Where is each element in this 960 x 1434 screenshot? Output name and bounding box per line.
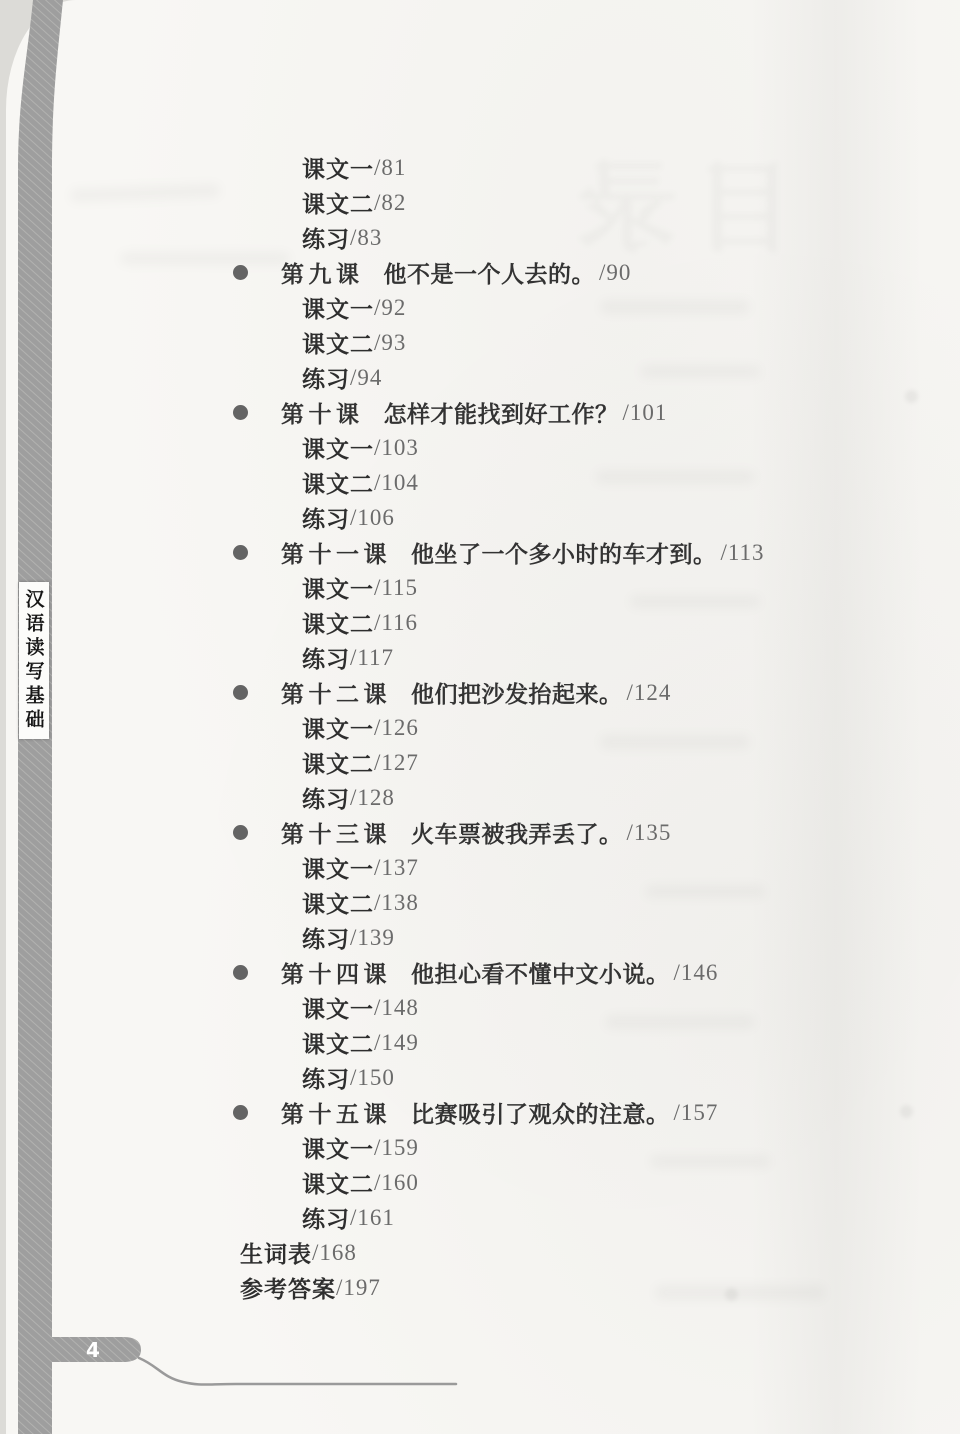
page-ref: /103 — [374, 435, 419, 461]
toc-lesson-row: 第十四课他担心看不懂中文小说。/146 — [0, 955, 960, 990]
entry-label: 练习 — [302, 221, 350, 254]
page-ref: /148 — [374, 995, 419, 1021]
entry-label: 课文二 — [302, 746, 374, 779]
entry-label: 课文二 — [302, 1026, 374, 1059]
entry-label: 课文一 — [302, 711, 374, 744]
page-ref: /161 — [350, 1205, 395, 1231]
bullet-icon — [233, 545, 248, 560]
entry-label: 课文一 — [302, 151, 374, 184]
toc-entry-row: 课文一/126 — [0, 710, 960, 745]
toc-lesson-row: 第十二课他们把沙发抬起来。/124 — [0, 675, 960, 710]
toc-list: 课文一/81课文二/82练习/83第九课他不是一个人去的。/90课文一/92课文… — [0, 150, 960, 1305]
entry-label: 练习 — [302, 921, 350, 954]
toc-entry-row: 课文一/103 — [0, 430, 960, 465]
entry-label: 生词表 — [240, 1236, 312, 1269]
entry-label: 练习 — [302, 501, 350, 534]
page-ref: /92 — [374, 295, 406, 321]
page-ref: /126 — [374, 715, 419, 741]
lesson-number: 第十五课 — [281, 1096, 391, 1129]
bullet-icon — [233, 1105, 248, 1120]
entry-label: 课文一 — [302, 851, 374, 884]
page-ref: /135 — [627, 820, 672, 846]
page-ref: /101 — [623, 400, 668, 426]
lesson-title: 火车票被我弄丢了。 — [411, 816, 623, 849]
lesson-title: 他们把沙发抬起来。 — [411, 676, 623, 709]
toc-entry-row: 课文一/92 — [0, 290, 960, 325]
page-ref: /150 — [350, 1065, 395, 1091]
bullet-icon — [233, 265, 248, 280]
entry-label: 练习 — [302, 1061, 350, 1094]
page-ref: /90 — [599, 260, 631, 286]
toc-lesson-row: 第十五课比赛吸引了观众的注意。/157 — [0, 1095, 960, 1130]
toc-entry-row: 练习/94 — [0, 360, 960, 395]
page-ref: /82 — [374, 190, 406, 216]
toc-entry-row: 课文二/116 — [0, 605, 960, 640]
toc-lesson-row: 第九课他不是一个人去的。/90 — [0, 255, 960, 290]
toc-entry-row: 课文二/149 — [0, 1025, 960, 1060]
entry-label: 课文一 — [302, 431, 374, 464]
toc-entry-row: 课文二/127 — [0, 745, 960, 780]
toc-entry-row: 课文一/81 — [0, 150, 960, 185]
toc-entry-row: 练习/83 — [0, 220, 960, 255]
entry-label: 练习 — [302, 641, 350, 674]
lesson-title: 怎样才能找到好工作？ — [384, 396, 619, 429]
entry-label: 参考答案 — [240, 1271, 336, 1304]
bullet-icon — [233, 685, 248, 700]
lesson-number: 第十三课 — [281, 816, 391, 849]
entry-label: 课文二 — [302, 326, 374, 359]
entry-label: 课文一 — [302, 291, 374, 324]
page-ref: /117 — [350, 645, 394, 671]
bullet-icon — [233, 405, 248, 420]
page-ref: /106 — [350, 505, 395, 531]
toc-entry-row: 参考答案/197 — [0, 1270, 960, 1305]
page-ref: /115 — [374, 575, 418, 601]
page-ref: /138 — [374, 890, 419, 916]
page-ref: /197 — [336, 1275, 381, 1301]
lesson-number: 第十二课 — [281, 676, 391, 709]
toc-entry-row: 课文二/138 — [0, 885, 960, 920]
toc-entry-row: 课文二/160 — [0, 1165, 960, 1200]
page-ref: /104 — [374, 470, 419, 496]
entry-label: 课文二 — [302, 186, 374, 219]
entry-label: 课文一 — [302, 991, 374, 1024]
entry-label: 课文一 — [302, 571, 374, 604]
page-ref: /159 — [374, 1135, 419, 1161]
lesson-title: 他不是一个人去的。 — [384, 256, 596, 289]
toc-entry-row: 课文二/104 — [0, 465, 960, 500]
entry-label: 课文二 — [302, 886, 374, 919]
toc-lesson-row: 第十课怎样才能找到好工作？/101 — [0, 395, 960, 430]
page-ref: /128 — [350, 785, 395, 811]
toc-entry-row: 练习/161 — [0, 1200, 960, 1235]
lesson-title: 比赛吸引了观众的注意。 — [411, 1096, 670, 1129]
page-ref: /93 — [374, 330, 406, 356]
entry-label: 练习 — [302, 781, 350, 814]
lesson-number: 第十一课 — [281, 536, 391, 569]
page-ref: /127 — [374, 750, 419, 776]
bullet-icon — [233, 965, 248, 980]
entry-label: 课文二 — [302, 606, 374, 639]
entry-label: 练习 — [302, 361, 350, 394]
page-ref: /160 — [374, 1170, 419, 1196]
toc-lesson-row: 第十三课火车票被我弄丢了。/135 — [0, 815, 960, 850]
toc-lesson-row: 第十一课他坐了一个多小时的车才到。/113 — [0, 535, 960, 570]
toc-entry-row: 课文一/115 — [0, 570, 960, 605]
lesson-title: 他担心看不懂中文小说。 — [411, 956, 670, 989]
toc-entry-row: 练习/117 — [0, 640, 960, 675]
page-ref: /168 — [312, 1240, 357, 1266]
toc-entry-row: 生词表/168 — [0, 1235, 960, 1270]
page-ref: /146 — [674, 960, 719, 986]
page-ref: /137 — [374, 855, 419, 881]
page-ref: /116 — [374, 610, 418, 636]
entry-label: 课文二 — [302, 1166, 374, 1199]
entry-label: 练习 — [302, 1201, 350, 1234]
page-number: 4 — [52, 1337, 134, 1362]
lesson-number: 第十四课 — [281, 956, 391, 989]
lesson-number: 第九课 — [281, 256, 364, 289]
page-ref: /81 — [374, 155, 406, 181]
toc-entry-row: 课文一/159 — [0, 1130, 960, 1165]
page-ref: /157 — [674, 1100, 719, 1126]
page-ref: /139 — [350, 925, 395, 951]
toc-entry-row: 练习/150 — [0, 1060, 960, 1095]
toc-entry-row: 课文二/82 — [0, 185, 960, 220]
spine-title: 汉语读写基础 — [19, 582, 49, 739]
toc-entry-row: 练习/128 — [0, 780, 960, 815]
page-ref: /83 — [350, 225, 382, 251]
lesson-title: 他坐了一个多小时的车才到。 — [411, 536, 717, 569]
entry-label: 课文二 — [302, 466, 374, 499]
toc-entry-row: 课文一/137 — [0, 850, 960, 885]
entry-label: 课文一 — [302, 1131, 374, 1164]
page-ref: /113 — [721, 540, 765, 566]
page-ref: /94 — [350, 365, 382, 391]
toc-entry-row: 练习/106 — [0, 500, 960, 535]
toc-entry-row: 课文二/93 — [0, 325, 960, 360]
toc-entry-row: 课文一/148 — [0, 990, 960, 1025]
page-ref: /149 — [374, 1030, 419, 1056]
bullet-icon — [233, 825, 248, 840]
toc-entry-row: 练习/139 — [0, 920, 960, 955]
page-ref: /124 — [627, 680, 672, 706]
lesson-number: 第十课 — [281, 396, 364, 429]
